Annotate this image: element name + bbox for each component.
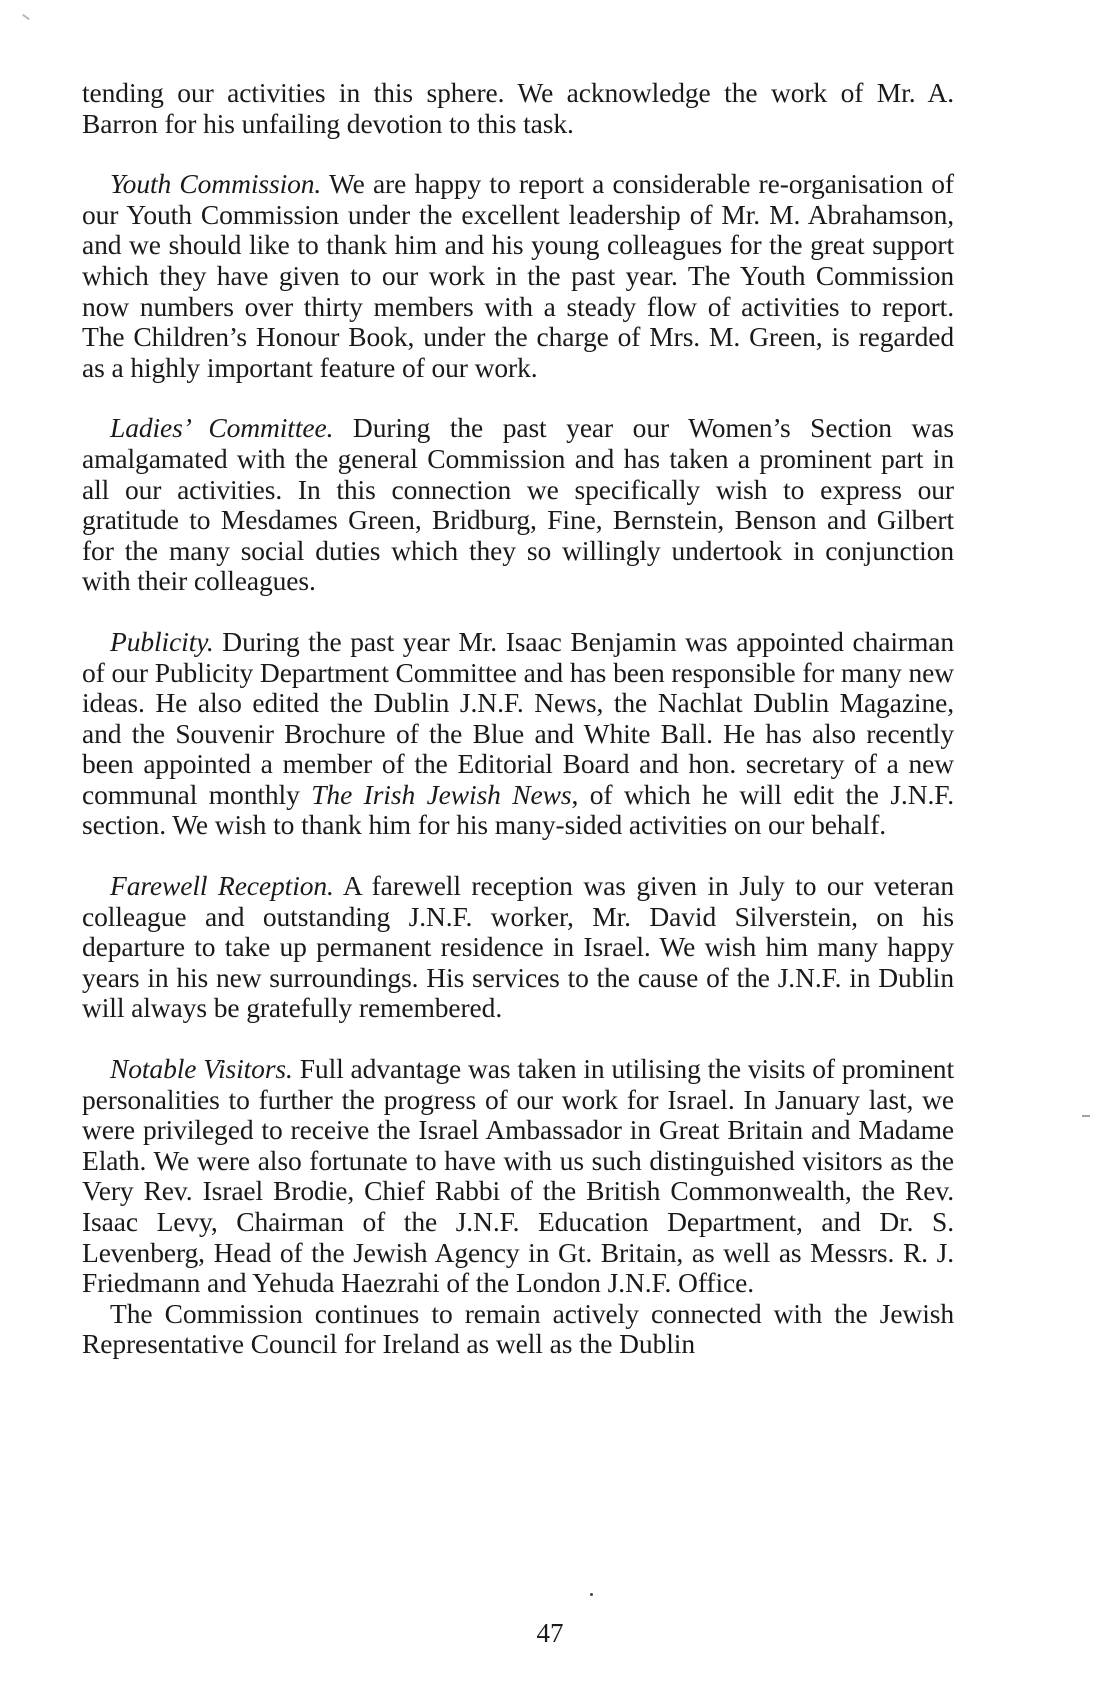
paragraph-farewell-reception: Farewell Reception. A farewell reception… <box>82 871 954 1024</box>
section-heading: Publicity. <box>110 626 214 657</box>
page-number: 47 <box>0 1618 1100 1649</box>
paragraph-text: The Commission continues to remain activ… <box>82 1298 954 1360</box>
scan-speck <box>590 1593 593 1596</box>
section-heading: Farewell Reception. <box>110 870 334 901</box>
paragraph-text: Full advantage was taken in utilising th… <box>82 1053 954 1298</box>
paragraph-ladies-committee: Ladies’ Committee. During the past year … <box>82 413 954 597</box>
paragraph-continuation: tending our activities in this sphere. W… <box>82 78 954 139</box>
section-heading: Youth Commission. <box>110 168 321 199</box>
scan-speck <box>1082 1115 1090 1117</box>
paragraph-text: tending our activities in this sphere. W… <box>82 77 954 139</box>
paragraph-text: We are happy to report a considerable re… <box>82 168 954 383</box>
section-heading: Ladies’ Committee. <box>110 412 333 443</box>
paragraph-youth-commission: Youth Commission. We are happy to report… <box>82 169 954 383</box>
scan-speck <box>22 14 30 20</box>
paragraph-commission-continues: The Commission continues to remain activ… <box>82 1299 954 1360</box>
section-heading: Notable Visitors. <box>110 1053 293 1084</box>
paragraph-publicity: Publicity. During the past year Mr. Isaa… <box>82 627 954 841</box>
document-page: tending our activities in this sphere. W… <box>82 78 954 1360</box>
paragraph-notable-visitors: Notable Visitors. Full advantage was tak… <box>82 1054 954 1299</box>
publication-title: The Irish Jewish News <box>311 779 571 810</box>
